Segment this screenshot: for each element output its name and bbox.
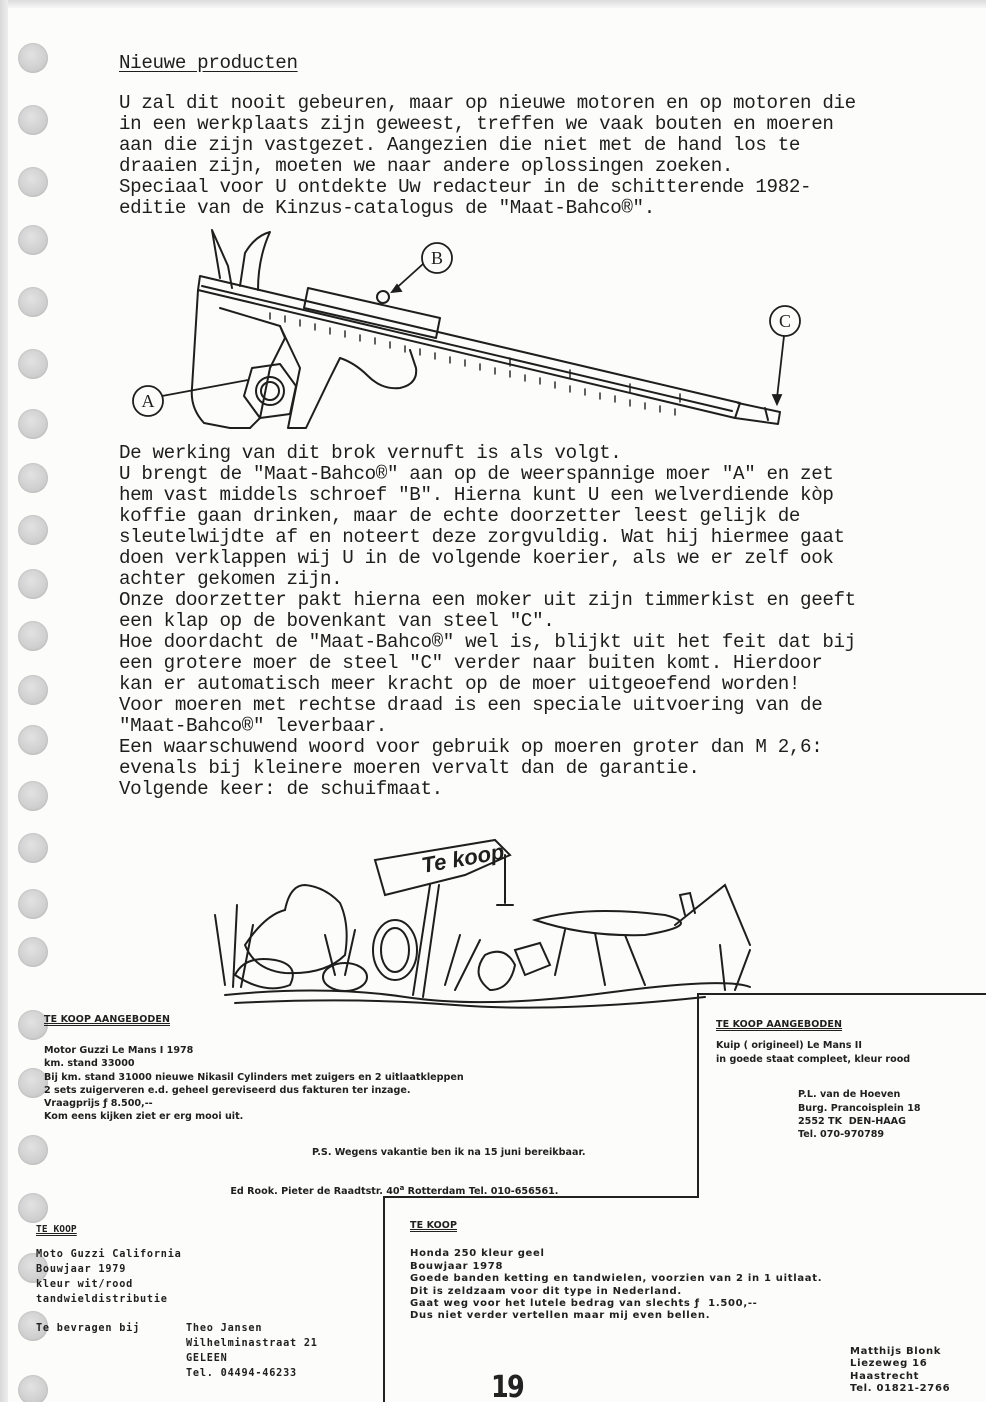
label-a: A: [142, 391, 155, 411]
text-line: achter gekomen zijn.: [119, 569, 959, 590]
text-line: Onze doorzetter pakt hierna een moker ui…: [119, 590, 959, 611]
ad-line: Dit is zeldzaam voor dit type in Nederla…: [410, 1286, 822, 1298]
binder-hole: [18, 43, 48, 73]
contact-line: 2552 TK DEN-HAAG: [798, 1115, 921, 1128]
ad-contact: Ed Rook. Pieter de Raadtstr. 40a Rotterd…: [217, 1169, 558, 1212]
contact-line: Tel. 04494-46233: [186, 1366, 318, 1381]
binder-hole: [18, 725, 48, 755]
ad-kuip-le-mans: TE KOOP AANGEBODEN Kuip ( origineel) Le …: [716, 1018, 921, 1142]
binder-hole: [18, 1193, 48, 1223]
ad-honda-250: TE KOOP Honda 250 kleur geelBouwjaar 197…: [410, 1220, 822, 1323]
binder-hole: [18, 569, 48, 599]
contact-line: Tel. 070-970789: [798, 1128, 921, 1141]
ad-line: Vraagprijs ƒ 8.500,--: [44, 1097, 464, 1110]
ad-line: Kom eens kijken ziet er erg mooi uit.: [44, 1110, 464, 1123]
contact-line: GELEEN: [186, 1351, 318, 1366]
text-line: Volgende keer: de schuifmaat.: [119, 779, 959, 800]
binder-hole: [18, 781, 48, 811]
ad-line: km. stand 33000: [44, 1057, 464, 1070]
contact-line: Matthijs Blonk: [850, 1346, 950, 1358]
box-divider: [383, 1196, 385, 1402]
ad-lines: Honda 250 kleur geelBouwjaar 1978Goede b…: [410, 1248, 822, 1322]
paper-left-edge: [0, 0, 8, 1402]
binder-hole: [18, 675, 48, 705]
text-line: Speciaal voor U ontdekte Uw redacteur in…: [119, 177, 959, 198]
ad-guzzi-le-mans: TE KOOP AANGEBODEN Motor Guzzi Le Mans I…: [44, 1013, 464, 1123]
article-intro: U zal dit nooit gebeuren, maar op nieuwe…: [119, 93, 959, 219]
ad-contact: P.L. van de HoevenBurg. Prancoisplein 18…: [798, 1088, 921, 1142]
text-line: evenals bij kleinere moeren vervalt dan …: [119, 758, 959, 779]
ad-line: tandwieldistributie: [36, 1292, 318, 1307]
contact-line: Tel. 01821-2766: [850, 1383, 950, 1395]
ad-line: Honda 250 kleur geel: [410, 1248, 822, 1260]
text-line: editie van de Kinzus-catalogus de "Maat-…: [119, 198, 959, 219]
text-line: in een werkplaats zijn geweest, treffen …: [119, 114, 959, 135]
binder-hole: [18, 515, 48, 545]
binder-hole: [18, 105, 48, 135]
text-line: draaien zijn, moeten we naar andere oplo…: [119, 156, 959, 177]
binder-hole: [18, 621, 48, 651]
text-line: U zal dit nooit gebeuren, maar op nieuwe…: [119, 93, 959, 114]
paper-top-edge: [0, 0, 986, 8]
ad-line: Moto Guzzi California: [36, 1247, 318, 1262]
ad-lines: Kuip ( origineel) Le Mans IIin goede sta…: [716, 1039, 921, 1066]
binder-hole: [18, 287, 48, 317]
ad-line: Bouwjaar 1979: [36, 1262, 318, 1277]
binder-hole: [18, 889, 48, 919]
text-line: kan er automatisch meer kracht op de moe…: [119, 674, 959, 695]
ad-line: Goede banden ketting en tandwielen, voor…: [410, 1273, 822, 1285]
box-divider: [697, 993, 699, 1198]
ad-line: Motor Guzzi Le Mans I 1978: [44, 1044, 464, 1057]
junkyard-sign-illustration-icon: Te koop: [205, 825, 765, 1015]
ad-title: TE KOOP: [36, 1222, 318, 1237]
box-divider: [697, 993, 986, 995]
binder-hole: [18, 349, 48, 379]
text-line: Een waarschuwend woord voor gebruik op m…: [119, 737, 959, 758]
page-number: 19: [491, 1370, 523, 1402]
contact-line: Burg. Prancoisplein 18: [798, 1102, 921, 1115]
text-line: U brengt de "Maat-Bahco®" aan op de weer…: [119, 464, 959, 485]
binder-hole: [18, 833, 48, 863]
contact-line: Wilhelminastraat 21: [186, 1336, 318, 1351]
label-c: C: [779, 311, 791, 331]
article-heading: Nieuwe producten: [119, 52, 298, 74]
text-line: hem vast middels schroef "B". Hierna kun…: [119, 485, 959, 506]
ad-guzzi-california: TE KOOP Moto Guzzi CaliforniaBouwjaar 19…: [36, 1222, 318, 1381]
binder-hole: [18, 937, 48, 967]
caliper-illustration-icon: B C A: [120, 218, 820, 448]
contact-line: Liezeweg 16: [850, 1358, 950, 1370]
text-line: een klap op de bovenkant van steel "C".: [119, 611, 959, 632]
ad-line: 2 sets zuigerveren e.d. geheel gerevisee…: [44, 1084, 464, 1097]
binder-hole: [18, 463, 48, 493]
binder-hole: [18, 1135, 48, 1165]
ad-contact-block: Te bevragen bij Theo JansenWilhelminastr…: [36, 1321, 318, 1381]
ad-title: TE KOOP: [410, 1220, 822, 1232]
ad-line: Dus niet verder vertellen maar mij even …: [410, 1310, 822, 1322]
ad-line: Gaat weg voor het lutele bedrag van slec…: [410, 1298, 822, 1310]
ad-title: TE KOOP AANGEBODEN: [44, 1013, 464, 1026]
contact-line: Haastrecht: [850, 1371, 950, 1383]
ad-line: Kuip ( origineel) Le Mans II: [716, 1039, 921, 1052]
text-line: doen verklappen wij U in de volgende koe…: [119, 548, 959, 569]
ad-line: Bouwjaar 1978: [410, 1261, 822, 1273]
ad-line: Bij km. stand 31000 nieuwe Nikasil Cylin…: [44, 1071, 464, 1084]
ad-lines: Moto Guzzi CaliforniaBouwjaar 1979kleur …: [36, 1247, 318, 1307]
label-b: B: [431, 248, 443, 268]
text-line: Voor moeren met rechtse draad is een spe…: [119, 695, 959, 716]
ad-contact: Theo JansenWilhelminastraat 21GELEENTel.…: [186, 1321, 318, 1381]
binder-hole: [18, 225, 48, 255]
binder-hole: [18, 167, 48, 197]
ad-lines: Motor Guzzi Le Mans I 1978km. stand 3300…: [44, 1044, 464, 1123]
contact-line: P.L. van de Hoeven: [798, 1088, 921, 1101]
text-line: Hoe doordacht de "Maat-Bahco®" wel is, b…: [119, 632, 959, 653]
ad-line: in goede staat compleet, kleur rood: [716, 1053, 921, 1066]
contact-line: Theo Jansen: [186, 1321, 318, 1336]
text-line: koffie gaan drinken, maar de echte doorz…: [119, 506, 959, 527]
text-line: "Maat-Bahco®" leverbaar.: [119, 716, 959, 737]
ad-ps: P.S. Wegens vakantie ben ik na 15 juni b…: [312, 1146, 586, 1159]
article-body: De werking van dit brok vernuft is als v…: [119, 443, 959, 800]
ad-contact-label: Te bevragen bij: [36, 1321, 140, 1336]
text-line: sleutelwijdte af en noteert deze zorgvul…: [119, 527, 959, 548]
ad-line: kleur wit/rood: [36, 1277, 318, 1292]
ad-contact: Matthijs BlonkLiezeweg 16HaastrechtTel. …: [850, 1346, 950, 1396]
binder-hole: [18, 409, 48, 439]
text-line: een grotere moer de steel "C" verder naa…: [119, 653, 959, 674]
text-line: aan die zijn vastgezet. Aangezien die ni…: [119, 135, 959, 156]
ad-title: TE KOOP AANGEBODEN: [716, 1018, 921, 1031]
text-line: De werking van dit brok vernuft is als v…: [119, 443, 959, 464]
